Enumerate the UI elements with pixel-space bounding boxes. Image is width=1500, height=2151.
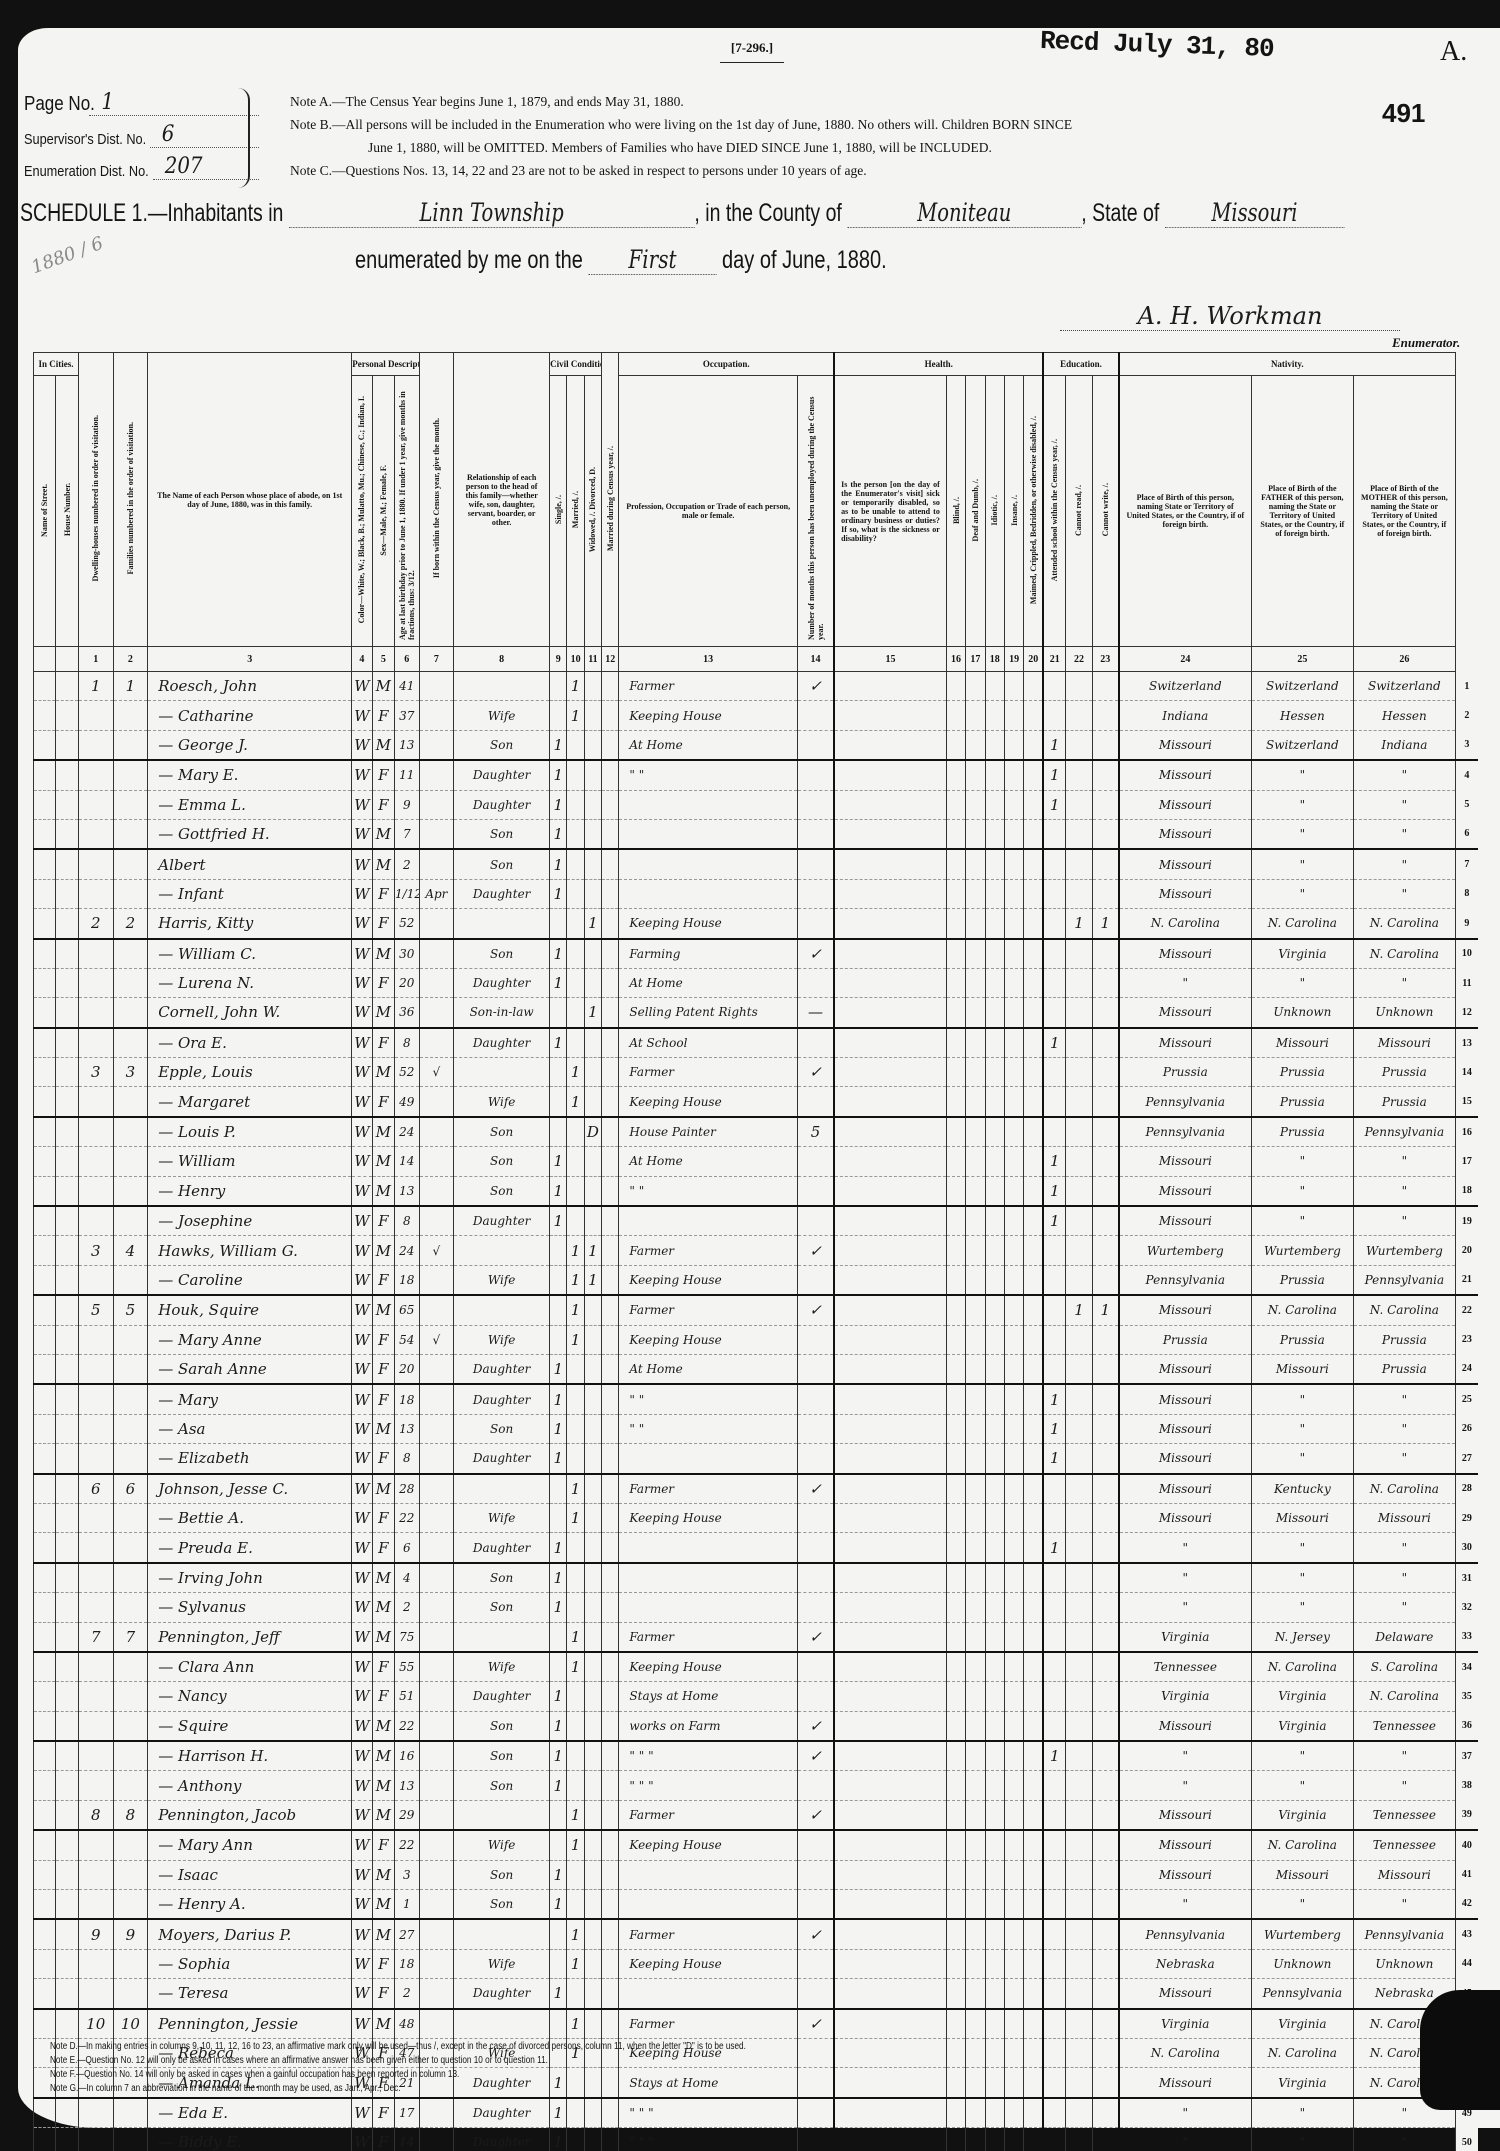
birthplace-father: N. Carolina	[1251, 909, 1353, 939]
blind-mark	[946, 879, 965, 908]
street-cell	[34, 672, 56, 701]
born-month-value	[419, 1295, 454, 1325]
single-mark: 1	[550, 1979, 567, 2009]
person-name: Cornell, John W.	[148, 998, 352, 1028]
deaf-mark	[966, 2128, 985, 2151]
months-unemployed-value	[797, 1860, 834, 1889]
age-value: 1/12	[395, 879, 419, 908]
widowed-mark	[584, 1860, 601, 1889]
married-mark	[567, 1711, 584, 1741]
single-mark: 1	[550, 1860, 567, 1889]
birthplace-person: Wurtemberg	[1119, 1236, 1252, 1265]
street-cell	[34, 1147, 56, 1176]
supervisor-dist-label: Supervisor's Dist. No.	[24, 131, 146, 148]
idiotic-mark	[985, 1711, 1004, 1741]
sex-value: F	[372, 2098, 394, 2128]
married-year-mark	[602, 2128, 619, 2151]
born-month-value	[419, 2098, 454, 2128]
birthplace-mother: Tennessee	[1353, 1800, 1455, 1830]
cannot-read-mark	[1066, 1384, 1093, 1414]
cannot-read-mark	[1066, 1354, 1093, 1384]
months-unemployed-value	[797, 1147, 834, 1176]
single-mark: 1	[550, 1533, 567, 1563]
relationship-value	[454, 1800, 550, 1830]
relationship-value: Son	[454, 939, 550, 969]
note-c: Note C.—Questions Nos. 13, 14, 22 and 23…	[290, 159, 1072, 182]
cannot-read-mark	[1066, 1593, 1093, 1622]
birthplace-person-header: Place of Birth of this person, naming St…	[1119, 376, 1252, 647]
blind-mark	[946, 909, 965, 939]
married-year-mark	[602, 1503, 619, 1532]
family-number	[113, 819, 148, 849]
widowed-mark	[584, 790, 601, 819]
relationship-value: Daughter	[454, 1682, 550, 1711]
attended-school-mark: 1	[1043, 1176, 1065, 1206]
cannot-read-mark	[1066, 1979, 1093, 2009]
attended-school-mark	[1043, 2098, 1065, 2128]
table-row: — Harrison H.WM16Son1" " "✓1"""37	[34, 1741, 1479, 1771]
person-name: — Henry A.	[148, 1890, 352, 1920]
maimed-mark	[1024, 2038, 1043, 2067]
table-row: 55Houk, SquireWM651Farmer✓11MissouriN. C…	[34, 1295, 1479, 1325]
house-number-cell	[56, 1919, 78, 1949]
color-value: W	[352, 1533, 372, 1563]
married-year-mark	[602, 1384, 619, 1414]
months-unemployed-value	[797, 760, 834, 790]
person-name: — Irving John	[148, 1563, 352, 1593]
born-month-value	[419, 730, 454, 760]
dwelling-number	[78, 1414, 113, 1443]
attended-school-mark	[1043, 1503, 1065, 1532]
birthplace-father: Virginia	[1251, 1711, 1353, 1741]
line-number: 17	[1455, 1147, 1478, 1176]
family-number	[113, 1444, 148, 1474]
attended-school-mark	[1043, 939, 1065, 969]
deaf-mark	[966, 1058, 985, 1087]
married-mark	[567, 1354, 584, 1384]
idiotic-mark	[985, 1800, 1004, 1830]
insane-mark	[1004, 1593, 1023, 1622]
cannot-write-mark: 1	[1092, 1295, 1119, 1325]
occupation-value: House Painter	[619, 1117, 797, 1147]
dwelling-number: 9	[78, 1919, 113, 1949]
attended-school-mark	[1043, 701, 1065, 730]
cannot-read-mark	[1066, 1325, 1093, 1354]
occupation-value: " " "	[619, 2128, 797, 2151]
cannot-write-mark	[1092, 1949, 1119, 1978]
insane-mark	[1004, 909, 1023, 939]
cannot-write-mark	[1092, 819, 1119, 849]
person-name: Pennington, Jacob	[148, 1800, 352, 1830]
birthplace-person: "	[1119, 968, 1252, 997]
line-number: 16	[1455, 1117, 1478, 1147]
married-year-mark	[602, 701, 619, 730]
maimed-mark	[1024, 909, 1043, 939]
deaf-mark	[966, 819, 985, 849]
birthplace-father: "	[1251, 1384, 1353, 1414]
age-value: 27	[395, 1919, 419, 1949]
insane-mark	[1004, 2038, 1023, 2067]
line-number: 3	[1455, 730, 1478, 760]
occupation-value	[619, 1979, 797, 2009]
table-row: — MargaretWF49Wife1Keeping HousePennsylv…	[34, 1087, 1479, 1117]
sickness-value	[834, 1711, 946, 1741]
insane-mark	[1004, 1058, 1023, 1087]
married-year-mark	[602, 1265, 619, 1295]
birthplace-mother: N. Carolina	[1353, 1474, 1455, 1504]
person-name: — Anthony	[148, 1771, 352, 1800]
married-year-mark	[602, 819, 619, 849]
birthplace-person: "	[1119, 1563, 1252, 1593]
age-value: 24	[395, 1236, 419, 1265]
birthplace-person: "	[1119, 2128, 1252, 2151]
family-number	[113, 1325, 148, 1354]
blind-mark	[946, 1563, 965, 1593]
sickness-value	[834, 998, 946, 1028]
family-number	[113, 1979, 148, 2009]
age-value: 65	[395, 1295, 419, 1325]
relationship-value: Son	[454, 1563, 550, 1593]
family-number	[113, 1949, 148, 1978]
street-cell	[34, 1265, 56, 1295]
attended-school-mark	[1043, 1949, 1065, 1978]
cannot-read-header: Cannot read, /.	[1066, 376, 1093, 647]
sickness-value	[834, 819, 946, 849]
street-cell	[34, 1384, 56, 1414]
married-year-mark	[602, 2098, 619, 2128]
family-number	[113, 1354, 148, 1384]
single-mark: 1	[550, 2128, 567, 2151]
house-number-cell	[56, 1295, 78, 1325]
born-month-value	[419, 1474, 454, 1504]
street-cell	[34, 1087, 56, 1117]
blind-mark	[946, 1176, 965, 1206]
birthplace-father: Prussia	[1251, 1325, 1353, 1354]
widowed-mark	[584, 1176, 601, 1206]
sickness-value	[834, 1384, 946, 1414]
insane-mark	[1004, 1800, 1023, 1830]
color-value: W	[352, 1236, 372, 1265]
blind-mark	[946, 1622, 965, 1652]
cannot-write-mark	[1092, 1444, 1119, 1474]
family-number	[113, 730, 148, 760]
born-month-value	[419, 2128, 454, 2151]
color-value: W	[352, 1414, 372, 1443]
birthplace-person: Missouri	[1119, 1206, 1252, 1236]
born-month-value	[419, 1919, 454, 1949]
age-value: 52	[395, 1058, 419, 1087]
line-number: 44	[1455, 1949, 1478, 1978]
single-mark: 1	[550, 760, 567, 790]
house-number-cell	[56, 1503, 78, 1532]
sickness-value	[834, 939, 946, 969]
cannot-read-mark	[1066, 1533, 1093, 1563]
color-value: W	[352, 760, 372, 790]
relationship-value: Daughter	[454, 1354, 550, 1384]
months-unemployed-value	[797, 1830, 834, 1860]
insane-mark	[1004, 1444, 1023, 1474]
sickness-value	[834, 1533, 946, 1563]
insane-mark	[1004, 1860, 1023, 1889]
occupation-value	[619, 1206, 797, 1236]
occupation-value	[619, 1563, 797, 1593]
months-unemployed-value	[797, 1414, 834, 1443]
birthplace-father: "	[1251, 968, 1353, 997]
idiotic-mark	[985, 1593, 1004, 1622]
occupation-value: Keeping House	[619, 1830, 797, 1860]
birthplace-father: "	[1251, 1533, 1353, 1563]
single-mark: 1	[550, 1176, 567, 1206]
street-cell	[34, 1919, 56, 1949]
blind-mark	[946, 1236, 965, 1265]
insane-mark	[1004, 1563, 1023, 1593]
widowed-mark	[584, 1563, 601, 1593]
born-month-value	[419, 1741, 454, 1771]
married-mark: 1	[567, 1325, 584, 1354]
birthplace-mother: Wurtemberg	[1353, 1236, 1455, 1265]
months-unemployed-value: ✓	[797, 939, 834, 969]
cannot-write-mark	[1092, 1800, 1119, 1830]
birthplace-father: "	[1251, 790, 1353, 819]
cannot-read-mark	[1066, 1563, 1093, 1593]
months-unemployed-value	[797, 1176, 834, 1206]
sex-value: M	[372, 1593, 394, 1622]
widowed-mark	[584, 1028, 601, 1058]
attended-school-mark	[1043, 1563, 1065, 1593]
widowed-mark	[584, 2098, 601, 2128]
sex-value: F	[372, 1682, 394, 1711]
sheet-letter: A.	[1440, 36, 1467, 68]
family-number: 6	[113, 1474, 148, 1504]
attended-school-mark: 1	[1043, 1741, 1065, 1771]
sickness-value	[834, 1265, 946, 1295]
birthplace-person: Missouri	[1119, 1295, 1252, 1325]
married-mark: 1	[567, 1236, 584, 1265]
married-mark	[567, 1176, 584, 1206]
family-number: 9	[113, 1919, 148, 1949]
cannot-read-mark	[1066, 2068, 1093, 2098]
deaf-mark	[966, 1771, 985, 1800]
deaf-header: Deaf and Dumb, /.	[966, 376, 985, 647]
line-number: 25	[1455, 1384, 1478, 1414]
single-mark: 1	[550, 879, 567, 908]
age-value: 18	[395, 1384, 419, 1414]
occupation-value: Keeping House	[619, 1087, 797, 1117]
born-month-value	[419, 1028, 454, 1058]
relationship-value: Wife	[454, 1503, 550, 1532]
dwelling-number	[78, 1117, 113, 1147]
dwelling-number: 2	[78, 909, 113, 939]
married-year-mark	[602, 1206, 619, 1236]
blind-mark	[946, 1979, 965, 2009]
cannot-read-mark	[1066, 1622, 1093, 1652]
age-value: 54	[395, 1325, 419, 1354]
color-value: W	[352, 1949, 372, 1978]
house-number-cell	[56, 790, 78, 819]
street-cell	[34, 1711, 56, 1741]
widowed-header: Widowed, /. Divorced, D.	[584, 376, 601, 647]
birthplace-person: Pennsylvania	[1119, 1919, 1252, 1949]
family-number	[113, 1711, 148, 1741]
relationship-value	[454, 909, 550, 939]
months-unemployed-value	[797, 1028, 834, 1058]
blind-mark	[946, 1652, 965, 1682]
born-month-value	[419, 968, 454, 997]
born-month-value	[419, 1087, 454, 1117]
attended-school-mark: 1	[1043, 760, 1065, 790]
months-unemployed-value: ✓	[797, 1474, 834, 1504]
birthplace-father: N. Carolina	[1251, 2038, 1353, 2067]
deaf-mark	[966, 909, 985, 939]
married-year-mark	[602, 1147, 619, 1176]
blind-mark	[946, 1087, 965, 1117]
deaf-mark	[966, 1176, 985, 1206]
married-year-mark	[602, 760, 619, 790]
married-mark	[567, 1414, 584, 1443]
table-row: — Preuda E.WF6Daughter11"""30	[34, 1533, 1479, 1563]
relationship-value: Son	[454, 1176, 550, 1206]
sex-value: F	[372, 1533, 394, 1563]
birthplace-mother: Unknown	[1353, 1949, 1455, 1978]
maimed-mark	[1024, 1563, 1043, 1593]
blind-mark	[946, 1741, 965, 1771]
single-mark: 1	[550, 1414, 567, 1443]
idiotic-mark	[985, 1919, 1004, 1949]
color-value: W	[352, 2009, 372, 2039]
person-name: — Gottfried H.	[148, 819, 352, 849]
cannot-write-mark	[1092, 1206, 1119, 1236]
single-mark: 1	[550, 1354, 567, 1384]
blind-mark	[946, 1890, 965, 1920]
cannot-write-mark	[1092, 968, 1119, 997]
married-mark	[567, 998, 584, 1028]
married-year-mark	[602, 2009, 619, 2039]
dwelling-number	[78, 1265, 113, 1295]
sickness-value	[834, 1087, 946, 1117]
cannot-read-mark	[1066, 1058, 1093, 1087]
maimed-mark	[1024, 1354, 1043, 1384]
person-name: — Sarah Anne	[148, 1354, 352, 1384]
blind-mark	[946, 939, 965, 969]
line-number: 14	[1455, 1058, 1478, 1087]
birthplace-mother: "	[1353, 1533, 1455, 1563]
relationship-value: Daughter	[454, 1206, 550, 1236]
cannot-read-mark	[1066, 1265, 1093, 1295]
maimed-mark	[1024, 1593, 1043, 1622]
occupation-value	[619, 879, 797, 908]
table-row: — IsaacWM3Son1MissouriMissouriMissouri41	[34, 1860, 1479, 1889]
birthplace-person: Missouri	[1119, 879, 1252, 908]
maimed-mark	[1024, 1236, 1043, 1265]
relationship-value	[454, 2009, 550, 2039]
sex-value: M	[372, 998, 394, 1028]
color-value: W	[352, 1325, 372, 1354]
widowed-mark	[584, 1444, 601, 1474]
note-f: Note F.—Question No. 14 will only be ask…	[50, 2068, 746, 2082]
cannot-read-mark	[1066, 1176, 1093, 1206]
table-row: — AsaWM13Son1" "1Missouri""26	[34, 1414, 1479, 1443]
occupation-value: " " "	[619, 1771, 797, 1800]
blind-mark	[946, 1414, 965, 1443]
idiotic-mark	[985, 2098, 1004, 2128]
maimed-mark	[1024, 1890, 1043, 1920]
sex-value: M	[372, 1741, 394, 1771]
street-cell	[34, 1741, 56, 1771]
sickness-value	[834, 1830, 946, 1860]
family-number	[113, 701, 148, 730]
table-row: — JosephineWF8Daughter11Missouri""19	[34, 1206, 1479, 1236]
blind-mark	[946, 1206, 965, 1236]
deaf-mark	[966, 701, 985, 730]
street-cell	[34, 730, 56, 760]
deaf-mark	[966, 1087, 985, 1117]
attended-school-mark: 1	[1043, 790, 1065, 819]
deaf-mark	[966, 1474, 985, 1504]
born-month-value	[419, 1622, 454, 1652]
birthplace-mother: Indiana	[1353, 730, 1455, 760]
birthplace-father: Prussia	[1251, 1058, 1353, 1087]
table-row: 99Moyers, Darius P.WM271Farmer✓Pennsylva…	[34, 1919, 1479, 1949]
married-mark	[567, 760, 584, 790]
age-value: 2	[395, 849, 419, 879]
single-mark: 1	[550, 730, 567, 760]
family-number	[113, 1563, 148, 1593]
sickness-value	[834, 1474, 946, 1504]
street-cell	[34, 1295, 56, 1325]
blind-mark	[946, 1771, 965, 1800]
maimed-mark	[1024, 1533, 1043, 1563]
line-number: 50	[1455, 2128, 1478, 2151]
birthplace-mother: "	[1353, 1414, 1455, 1443]
insane-mark	[1004, 1295, 1023, 1325]
street-cell	[34, 701, 56, 730]
age-value: 22	[395, 1711, 419, 1741]
table-row: — WilliamWM14Son1At Home1Missouri""17	[34, 1147, 1479, 1176]
dwelling-number	[78, 2098, 113, 2128]
age-value: 2	[395, 1593, 419, 1622]
sickness-value	[834, 790, 946, 819]
cannot-read-mark	[1066, 1830, 1093, 1860]
cannot-read-mark	[1066, 790, 1093, 819]
idiotic-mark	[985, 1176, 1004, 1206]
sex-value: F	[372, 2128, 394, 2151]
deaf-mark	[966, 1265, 985, 1295]
married-mark: 1	[567, 1652, 584, 1682]
color-value: W	[352, 1474, 372, 1504]
birthplace-person: "	[1119, 1890, 1252, 1920]
house-number-cell	[56, 1236, 78, 1265]
insane-mark	[1004, 1771, 1023, 1800]
deaf-mark	[966, 1890, 985, 1920]
age-value: 8	[395, 1444, 419, 1474]
months-unemployed-value: —	[797, 998, 834, 1028]
relationship-value: Wife	[454, 1652, 550, 1682]
idiotic-mark	[985, 1295, 1004, 1325]
insane-mark	[1004, 849, 1023, 879]
sex-value: M	[372, 672, 394, 701]
married-header: Married, /.	[567, 376, 584, 647]
enumeration-day: First	[588, 245, 716, 275]
months-unemployed-value: ✓	[797, 1058, 834, 1087]
note-g: Note G.—In column 7 an abbreviation in t…	[50, 2082, 746, 2096]
civil-condition-header: Civil Condition.	[550, 353, 602, 376]
idiotic-mark	[985, 2009, 1004, 2039]
color-value: W	[352, 1800, 372, 1830]
married-year-mark	[602, 939, 619, 969]
widowed-mark: 1	[584, 909, 601, 939]
idiotic-mark	[985, 1058, 1004, 1087]
occupation-value	[619, 790, 797, 819]
